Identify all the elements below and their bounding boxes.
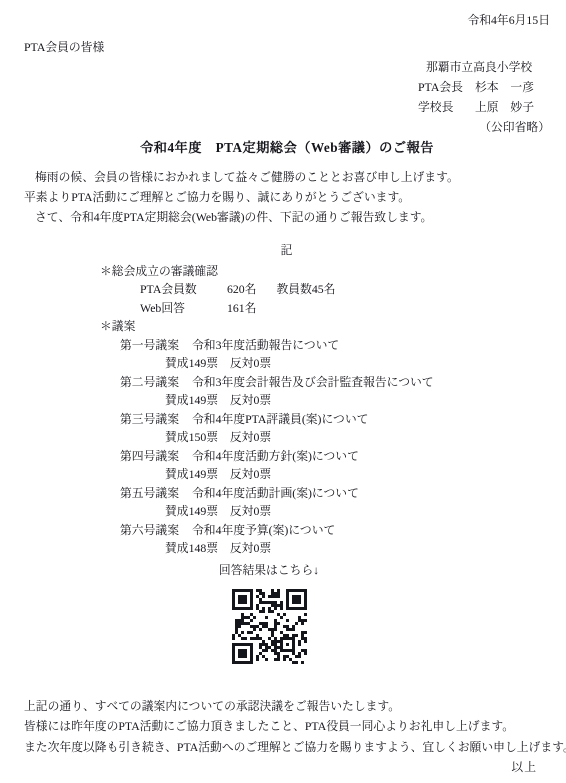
agenda-item-subject: 令和3年度会計報告及び会計監査報告について (192, 375, 434, 389)
quorum-extra: 教員数45名 (277, 282, 336, 296)
school-name: 那覇市立高良小学校 (418, 57, 550, 77)
quorum-row: Web回答161名 (24, 299, 550, 318)
signatory-role: 学校長 (418, 97, 475, 117)
closing-line: 皆様には昨年度のPTA活動にご協力頂きましたこと、PTA役員一同心よりお礼申し上… (24, 716, 550, 737)
agenda-item-result: 賛成149票 反対0票 (24, 391, 550, 410)
quorum-value: 161名 (227, 301, 257, 315)
document-date: 令和4年6月15日 (24, 10, 550, 30)
agenda-item-subject: 令和4年度PTA評議員(案)について (192, 412, 368, 426)
signatory-row-pta-chair: PTA会長 杉本 一彦 (418, 77, 550, 97)
closing-line: 上記の通り、すべての議案内についての承認決議をご報告いたします。 (24, 696, 550, 717)
document-page: 令和4年6月15日 PTA会員の皆様 那覇市立高良小学校 PTA会長 杉本 一彦… (0, 0, 566, 783)
agenda-item-result: 賛成148票 反対0票 (24, 539, 550, 558)
agenda-item-result: 賛成149票 反対0票 (24, 502, 550, 521)
agenda-item-result: 賛成150票 反対0票 (24, 428, 550, 447)
sender-block: 那覇市立高良小学校 PTA会長 杉本 一彦 学校長 上原 妙子 （公印省略） (418, 57, 550, 137)
greeting-paragraph: 梅雨の候、会員の皆様におかれまして益々ご健勝のこととお喜び申し上げます。 平素よ… (24, 167, 550, 227)
qr-section: 回答結果はこちら↓ (24, 560, 550, 668)
qr-caption: 回答結果はこちら↓ (24, 560, 514, 580)
agenda-item: 第六号議案令和4年度予算(案)について 賛成148票 反対0票 (24, 521, 550, 558)
agenda-item-subject: 令和4年度活動方針(案)について (192, 449, 359, 463)
agenda-item-result: 賛成149票 反対0票 (24, 354, 550, 373)
record-marker: 記 (24, 241, 550, 260)
agenda-item-number: 第四号議案 (120, 449, 179, 463)
closing-line: また次年度以降も引き続き、PTA活動へのご理解とご協力を賜りますよう、宜しくお願… (24, 737, 550, 758)
agenda-item-result: 賛成149票 反対0票 (24, 465, 550, 484)
agenda-item: 第一号議案令和3年度活動報告について 賛成149票 反対0票 (24, 336, 550, 373)
seal-note: （公印省略） (418, 117, 550, 137)
qr-code (232, 589, 307, 664)
quorum-heading: ＊総会成立の審議確認 (24, 262, 550, 281)
agenda-heading: ＊議案 (24, 317, 550, 336)
agenda-item-number: 第三号議案 (120, 412, 179, 426)
signatory-role: PTA会長 (418, 77, 475, 97)
closing-paragraph: 上記の通り、すべての議案内についての承認決議をご報告いたします。 皆様には昨年度… (24, 696, 550, 778)
agenda-item-number: 第六号議案 (120, 523, 179, 537)
agenda-item: 第四号議案令和4年度活動方針(案)について 賛成149票 反対0票 (24, 447, 550, 484)
signatory-name: 上原 妙子 (475, 97, 534, 117)
greeting-line: さて、令和4年度PTA定期総会(Web審議)の件、下記の通りご報告致します。 (24, 207, 550, 227)
agenda-item-subject: 令和3年度活動報告について (192, 338, 339, 352)
quorum-label: PTA会員数 (140, 280, 227, 299)
quorum-label: Web回答 (140, 299, 227, 318)
report-details: 記 ＊総会成立の審議確認 PTA会員数620名教員数45名 Web回答161名 … (24, 241, 550, 558)
quorum-row: PTA会員数620名教員数45名 (24, 280, 550, 299)
end-marker: 以上 (24, 757, 550, 778)
agenda-item-subject: 令和4年度予算(案)について (192, 523, 335, 537)
signatory-row-principal: 学校長 上原 妙子 (418, 97, 550, 117)
greeting-line: 梅雨の候、会員の皆様におかれまして益々ご健勝のこととお喜び申し上げます。 (24, 167, 550, 187)
agenda-item-number: 第五号議案 (120, 486, 179, 500)
agenda-item: 第五号議案令和4年度活動計画(案)について 賛成149票 反対0票 (24, 484, 550, 521)
agenda-item: 第二号議案令和3年度会計報告及び会計監査報告について 賛成149票 反対0票 (24, 373, 550, 410)
agenda-item-number: 第一号議案 (120, 338, 179, 352)
recipient-line: PTA会員の皆様 (24, 37, 550, 57)
agenda-item-number: 第二号議案 (120, 375, 179, 389)
quorum-value: 620名 (227, 282, 257, 296)
agenda-item: 第三号議案令和4年度PTA評議員(案)について 賛成150票 反対0票 (24, 410, 550, 447)
document-title: 令和4年度 PTA定期総会（Web審議）のご報告 (24, 137, 550, 159)
greeting-line: 平素よりPTA活動にご理解とご協力を賜り、誠にありがとうございます。 (24, 187, 550, 207)
agenda-item-subject: 令和4年度活動計画(案)について (192, 486, 359, 500)
signatory-name: 杉本 一彦 (475, 77, 534, 97)
